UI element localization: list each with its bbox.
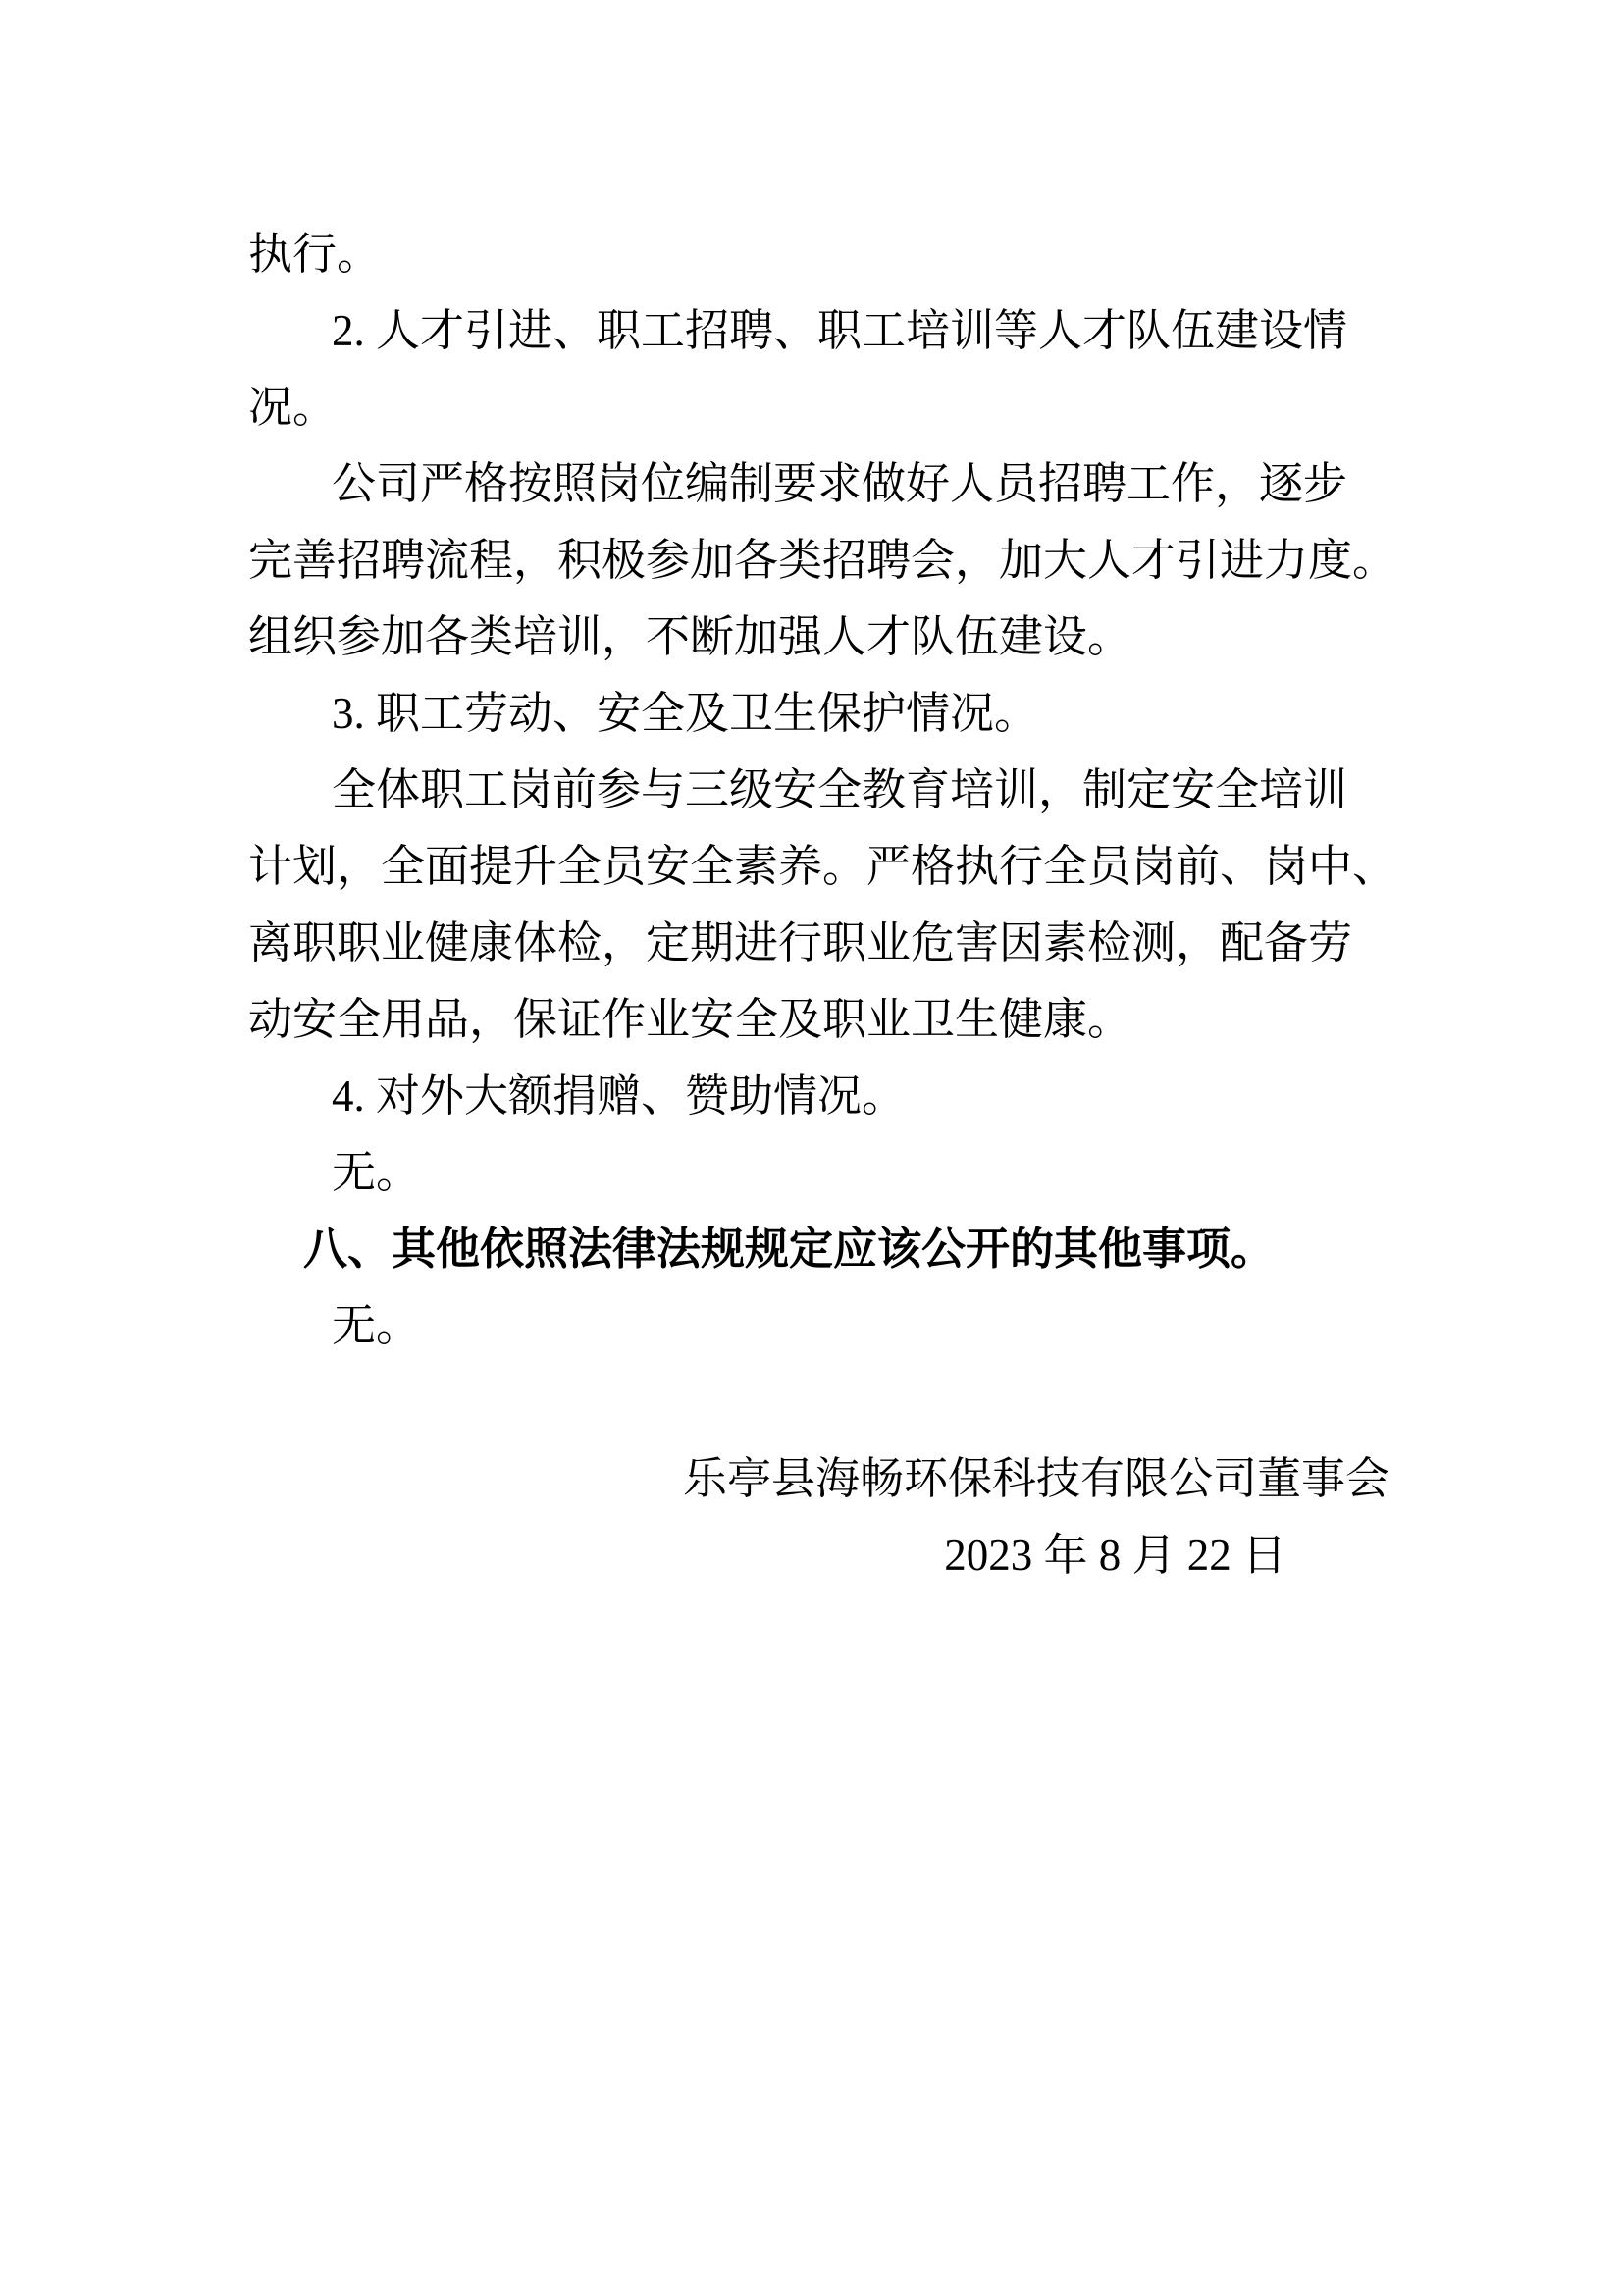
item-3-body-line-2: 计划，全面提升全员安全素养。严格执行全员岗前、岗中、 (248, 828, 1389, 905)
item-2-body-line-3: 组织参加各类培训，不断加强人才队伍建设。 (248, 599, 1389, 675)
item-2-title: 2. 人才引进、职工招聘、职工培训等人才队伍建设情 (248, 292, 1389, 369)
section-8-body: 无。 (248, 1287, 1389, 1364)
item-2-body-line-2: 完善招聘流程，积极参加各类招聘会，加大人才引进力度。 (248, 522, 1389, 599)
signature-line: 乐亭县海畅环保科技有限公司董事会 (248, 1440, 1389, 1517)
document-body: 执行。2. 人才引进、职工招聘、职工培训等人才队伍建设情况。公司严格按照岗位编制… (248, 216, 1389, 1593)
item-3-body-line-3: 离职职业健康体检，定期进行职业危害因素检测，配备劳 (248, 905, 1389, 981)
document-page: 执行。2. 人才引进、职工招聘、职工培训等人才队伍建设情况。公司严格按照岗位编制… (0, 0, 1624, 2295)
date-line: 2023 年 8 月 22 日 (248, 1517, 1389, 1593)
item-3-body-line-1: 全体职工岗前参与三级安全教育培训，制定安全培训 (248, 752, 1389, 828)
item-4-title: 4. 对外大额捐赠、赞助情况。 (248, 1058, 1389, 1134)
item-3-title: 3. 职工劳动、安全及卫生保护情况。 (248, 675, 1389, 752)
paragraph-continuation: 执行。 (248, 216, 1389, 292)
blank-line (248, 1364, 1389, 1440)
section-8-heading: 八、其他依照法律法规规定应该公开的其他事项。 (248, 1211, 1389, 1287)
item-2-body-line-1: 公司严格按照岗位编制要求做好人员招聘工作，逐步 (248, 445, 1389, 522)
item-3-body-line-4: 动安全用品，保证作业安全及职业卫生健康。 (248, 981, 1389, 1058)
item-2-title-wrap: 况。 (248, 369, 1389, 445)
item-4-body: 无。 (248, 1134, 1389, 1211)
